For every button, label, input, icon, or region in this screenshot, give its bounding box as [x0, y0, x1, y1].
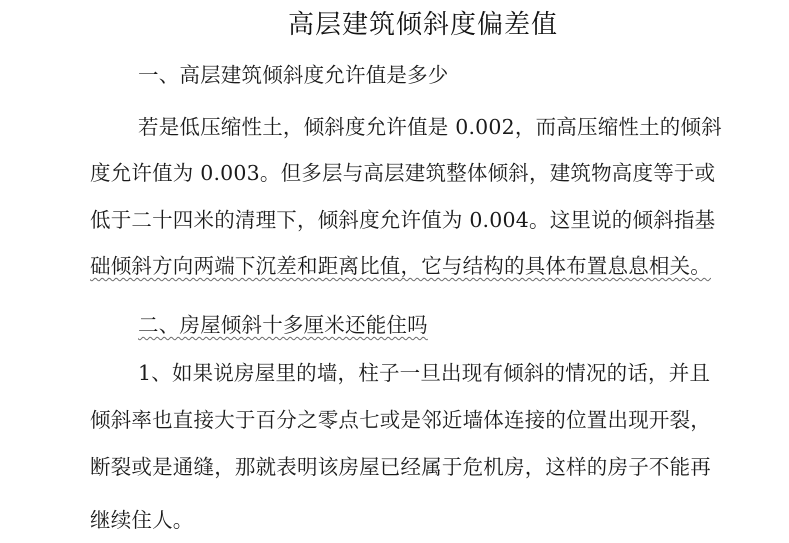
paragraph-line: 倾斜率也直接大于百分之零点七或是邻近墙体连接的位置出现开裂，	[90, 405, 770, 435]
spellcheck-underline: 础倾斜方向两端下沉差和距离比值，它与结构的具体布置息息相关。	[90, 254, 711, 278]
document-title: 高层建筑倾斜度偏差值	[0, 8, 789, 42]
paragraph-line: 1、如果说房屋里的墙，柱子一旦出现有倾斜的情况的话，并且	[138, 358, 789, 388]
paragraph-line: 度允许值为 0.003。但多层与高层建筑整体倾斜，建筑物高度等于或	[90, 158, 770, 188]
paragraph-line: 继续住人。	[90, 505, 770, 535]
paragraph-line: 若是低压缩性土，倾斜度允许值是 0.002，而高压缩性土的倾斜	[138, 112, 789, 142]
paragraph-line: 断裂或是通缝，那就表明该房屋已经属于危机房，这样的房子不能再	[90, 452, 770, 482]
section1-heading: 一、高层建筑倾斜度允许值是多少	[138, 60, 789, 90]
paragraph-line: 低于二十四米的清理下，倾斜度允许值为 0.004。这里说的倾斜指基	[90, 205, 770, 235]
paragraph-line-underlined: 础倾斜方向两端下沉差和距离比值，它与结构的具体布置息息相关。	[90, 251, 770, 281]
section2-heading: 二、房屋倾斜十多厘米还能住吗	[138, 310, 789, 340]
spellcheck-underline: 二、房屋倾斜十多厘米还能住吗	[138, 313, 428, 337]
document-page: 高层建筑倾斜度偏差值 一、高层建筑倾斜度允许值是多少 若是低压缩性土，倾斜度允许…	[0, 0, 789, 543]
